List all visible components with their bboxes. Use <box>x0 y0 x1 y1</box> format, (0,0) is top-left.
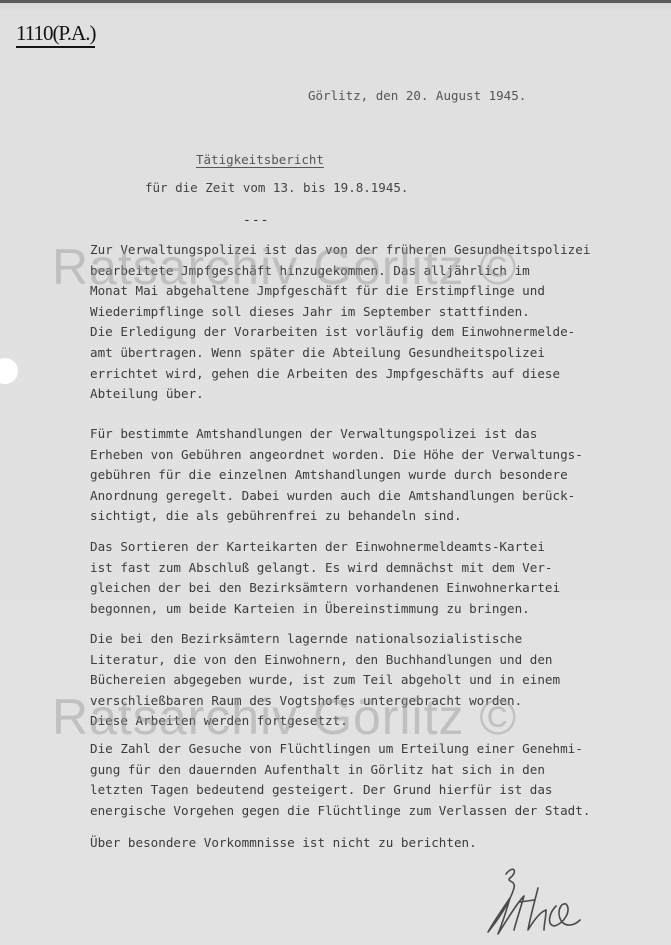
text-line: Erheben von Gebühren angeordnet worden. … <box>90 445 583 466</box>
punch-hole <box>0 358 18 384</box>
text-line: errichtet wird, gehen die Arbeiten des J… <box>90 364 590 385</box>
archive-id-stamp: 1110(P.A.) <box>16 20 95 48</box>
text-line: energische Vorgehen gegen die Flüchtling… <box>90 801 590 822</box>
text-line: Anordnung geregelt. Dabei wurden auch di… <box>90 486 583 507</box>
document-page: 1110(P.A.) Görlitz, den 20. August 1945.… <box>0 0 671 945</box>
text-line: ist fast zum Abschluß gelangt. Es wird d… <box>90 558 560 579</box>
scan-top-edge <box>0 0 671 3</box>
dateline: Görlitz, den 20. August 1945. <box>308 88 526 103</box>
text-line: Abteilung über. <box>90 384 590 405</box>
paragraph-card-index: Das Sortieren der Karteikarten der Einwo… <box>90 537 560 619</box>
text-line: begonnen, um beide Karteien in Übereinst… <box>90 599 560 620</box>
text-line: Literatur, die von den Einwohnern, den B… <box>90 650 560 671</box>
paragraph-closing: Über besondere Vorkommnisse ist nicht zu… <box>90 833 477 854</box>
text-line: Die Erledigung der Vorarbeiten ist vorlä… <box>90 322 590 343</box>
text-line: sichtigt, die als gebührenfrei zu behand… <box>90 506 583 527</box>
text-line: Die bei den Bezirksämtern lagernde natio… <box>90 629 560 650</box>
text-line: Das Sortieren der Karteikarten der Einwo… <box>90 537 560 558</box>
text-line: Wiederimpflinge soll dieses Jahr im Sept… <box>90 302 590 323</box>
text-line: letzten Tagen bedeutend gesteigert. Der … <box>90 780 590 801</box>
document-title: Tätigkeitsbericht <box>196 152 324 167</box>
text-line: gebühren für die einzelnen Amtshandlunge… <box>90 465 583 486</box>
text-line: amt übertragen. Wenn später die Abteilun… <box>90 343 590 364</box>
paragraph-fees: Für bestimmte Amtshandlungen der Verwalt… <box>90 424 583 527</box>
separator: --- <box>243 213 269 228</box>
text-line: Für bestimmte Amtshandlungen der Verwalt… <box>90 424 583 445</box>
text-line: Über besondere Vorkommnisse ist nicht zu… <box>90 833 477 854</box>
signature-icon <box>476 862 596 942</box>
watermark-top: Ratsarchiv Görlitz © <box>52 238 517 296</box>
text-line: gleichen der bei den Bezirksämtern vorha… <box>90 578 560 599</box>
text-line: gung für den dauernden Aufenthalt in Gör… <box>90 760 590 781</box>
report-period: für die Zeit vom 13. bis 19.8.1945. <box>145 180 408 195</box>
paragraph-refugees: Die Zahl der Gesuche von Flüchtlingen um… <box>90 739 590 821</box>
watermark-bottom: Ratsarchiv Görlitz © <box>52 688 517 746</box>
